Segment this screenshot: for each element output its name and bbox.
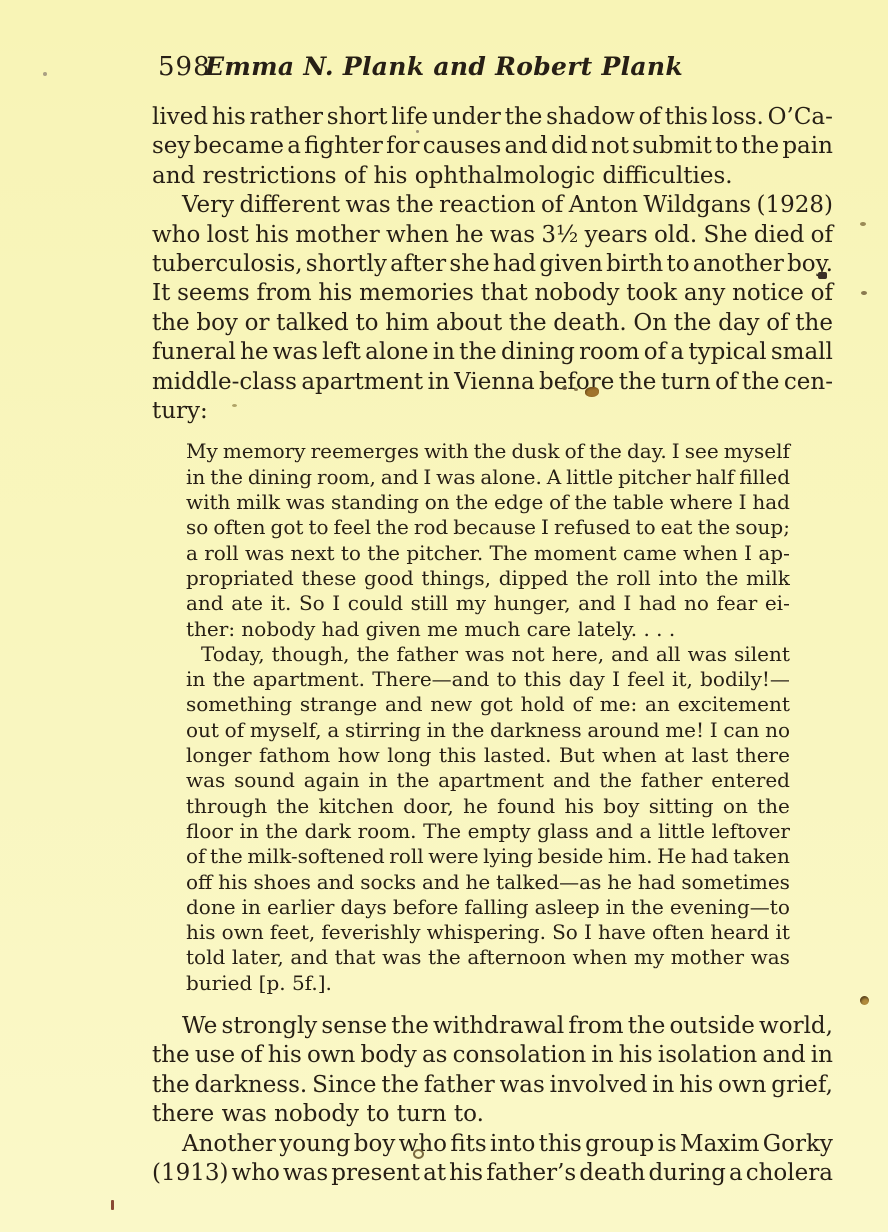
text-line: andateit.SoIcouldstillmyhunger,andIhadno… [186, 591, 790, 616]
text-line: buried [p. 5f.]. [186, 971, 790, 996]
text-line: arollwasnexttothepitcher.Themomentcamewh… [186, 541, 790, 566]
ink-speck [562, 386, 567, 390]
text-line: withmilkwasstandingontheedgeofthetablewh… [186, 490, 790, 515]
ink-speck [860, 996, 869, 1005]
running-head-authors: Emma N. Plank and Robert Plank [0, 52, 888, 81]
text-line: there was nobody to turn to. [152, 1100, 833, 1129]
text-line: AnotheryoungboywhofitsintothisgroupisMax… [152, 1130, 833, 1159]
running-header: 598 Emma N. Plank and Robert Plank [0, 52, 888, 86]
ink-speck [232, 404, 237, 407]
text-line: middle-classapartmentinViennabeforethetu… [152, 368, 833, 397]
text-line: longerfathomhowlongthislasted.Butwhenatl… [186, 743, 790, 768]
text-line: livedhisrathershortlifeundertheshadowoft… [152, 103, 833, 132]
ink-speck [585, 387, 599, 397]
ink-speck [818, 272, 827, 279]
text-line: Today,though,thefatherwasnothere,andallw… [186, 642, 790, 667]
text-line: ofthemilk-softenedrollwerelyingbesidehim… [186, 844, 790, 869]
block-quote-paragraph: Today,though,thefatherwasnothere,andallw… [186, 642, 790, 996]
text-line: sooftengottofeeltherodbecauseIrefusedtoe… [186, 515, 790, 540]
text-line: intheapartment.There—andtothisdayIfeelit… [186, 667, 790, 692]
text-content: livedhisrathershortlifeundertheshadowoft… [152, 103, 833, 1188]
text-line: Westronglysensethewithdrawalfromtheoutsi… [152, 1012, 833, 1041]
text-line: Itseemsfromhismemoriesthatnobodytookanyn… [152, 279, 833, 308]
text-line: tuberculosis,shortlyaftershehadgivenbirt… [152, 250, 833, 279]
text-line: funeralhewasleftaloneinthediningroomofat… [152, 338, 833, 367]
ink-speck [574, 388, 578, 391]
text-line: thedarkness.Sincethefatherwasinvolvedinh… [152, 1071, 833, 1100]
text-line: throughthekitchendoor,hefoundhisboysitti… [186, 794, 790, 819]
text-line: inthediningroom,andIwasalone.Alittlepitc… [186, 465, 790, 490]
body-paragraph: VerydifferentwasthereactionofAntonWildga… [152, 191, 833, 426]
scanned-book-page: 598 Emma N. Plank and Robert Plank lived… [0, 0, 888, 1232]
text-line: VerydifferentwasthereactionofAntonWildga… [152, 191, 833, 220]
text-line: doneinearlierdaysbeforefallingasleepinth… [186, 895, 790, 920]
text-line: hisownfeet,feverishlywhispering.SoIhaveo… [186, 920, 790, 945]
ink-speck [413, 1149, 424, 1159]
text-line: and restrictions of his ophthalmologic d… [152, 162, 833, 191]
ink-speck [111, 1200, 114, 1210]
text-line: offhisshoesandsocksandhetalked—ashehadso… [186, 870, 790, 895]
text-line: Mymemoryreemergeswiththeduskoftheday.Ise… [186, 439, 790, 464]
text-line: toldlater,andthatwastheafternoonwhenmymo… [186, 945, 790, 970]
ink-speck [43, 72, 47, 76]
text-line: floorinthedarkroom.Theemptyglassandalitt… [186, 819, 790, 844]
text-line: theuseofhisownbodyasconsolationinhisisol… [152, 1041, 833, 1070]
ink-speck [416, 130, 419, 133]
ink-speck [861, 291, 867, 295]
text-line: wholosthismotherwhenhewas3½yearsold.Shed… [152, 221, 833, 250]
body-paragraph: livedhisrathershortlifeundertheshadowoft… [152, 103, 833, 191]
text-line: theboyortalkedtohimaboutthedeath.Ontheda… [152, 309, 833, 338]
ink-speck [860, 222, 866, 226]
text-line: seybecameafighterforcausesanddidnotsubmi… [152, 132, 833, 161]
body-paragraph: AnotheryoungboywhofitsintothisgroupisMax… [152, 1130, 833, 1189]
text-line: tury: [152, 397, 833, 426]
text-line: somethingstrangeandnewgotholdofme:anexci… [186, 692, 790, 717]
body-paragraph: Westronglysensethewithdrawalfromtheoutsi… [152, 1012, 833, 1130]
block-quote-paragraph: Mymemoryreemergeswiththeduskoftheday.Ise… [186, 439, 790, 641]
text-line: (1913)whowaspresentathisfather’sdeathdur… [152, 1159, 833, 1188]
text-line: outofmyself,astirringinthedarknessaround… [186, 718, 790, 743]
text-line: propriatedthesegoodthings,dippedtherolli… [186, 566, 790, 591]
text-line: ther: nobody had given me much care late… [186, 617, 790, 642]
text-line: wassoundagainintheapartmentandthefathere… [186, 768, 790, 793]
